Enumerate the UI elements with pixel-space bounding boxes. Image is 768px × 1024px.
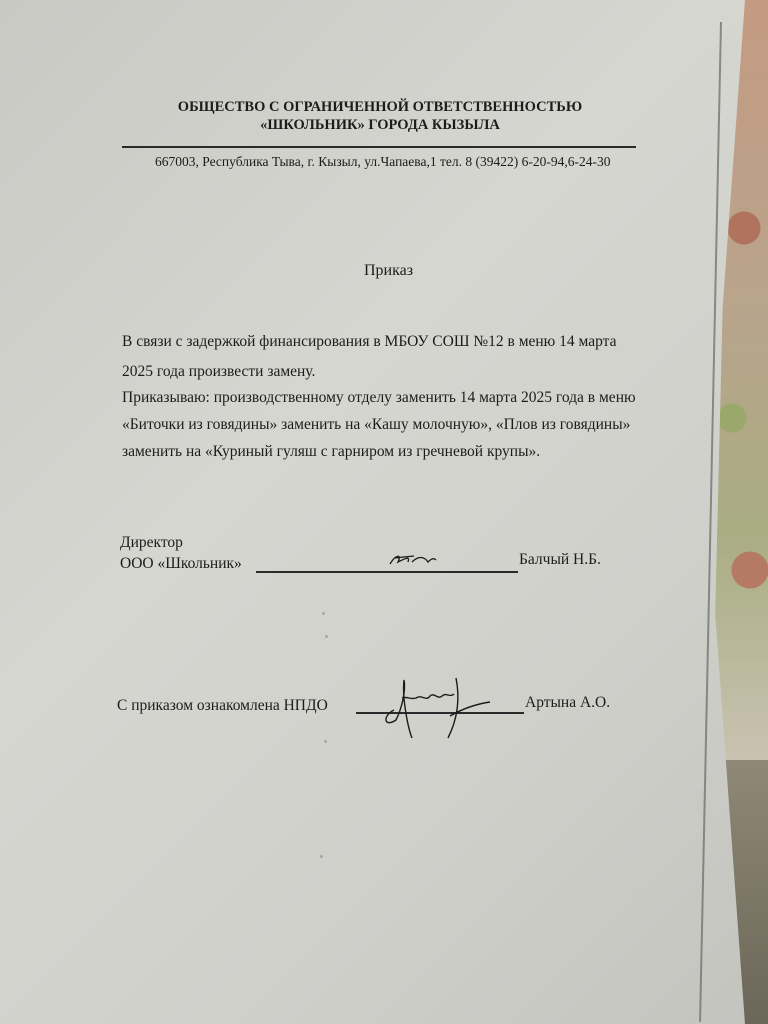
- director-signature-line: [256, 571, 518, 573]
- organization-name-line2: «ШКОЛЬНИК» ГОРОДА КЫЗЫЛА: [122, 116, 638, 134]
- toner-speck: [320, 855, 323, 858]
- body-line: заменить на «Куриный гуляш с гарниром из…: [122, 443, 540, 461]
- toner-speck: [322, 612, 325, 615]
- director-name: Балчый Н.Б.: [519, 551, 601, 569]
- acknowledgement-name: Артына А.О.: [525, 694, 610, 712]
- acknowledgement-label: С приказом ознакомлена НПДО: [117, 697, 328, 715]
- body-line: «Биточки из говядины» заменить на «Кашу …: [122, 416, 630, 434]
- organization-address: 667003, Республика Тыва, г. Кызыл, ул.Ча…: [155, 154, 610, 170]
- body-line: 2025 года произвести замену.: [122, 363, 315, 381]
- acknowledgement-signature: [372, 668, 512, 748]
- body-line: Приказываю: производственному отделу зам…: [122, 389, 636, 407]
- document: ОБЩЕСТВО С ОГРАНИЧЕННОЙ ОТВЕТСТВЕННОСТЬЮ…: [0, 0, 745, 1024]
- organization-name-line1: ОБЩЕСТВО С ОГРАНИЧЕННОЙ ОТВЕТСТВЕННОСТЬЮ: [122, 98, 638, 116]
- header-divider: [122, 146, 636, 148]
- director-organization: ООО «Школьник»: [120, 555, 242, 573]
- director-title: Директор: [120, 534, 183, 552]
- toner-speck: [324, 740, 327, 743]
- body-line: В связи с задержкой финансирования в МБО…: [122, 333, 616, 351]
- director-signature: [388, 550, 438, 570]
- document-title: Приказ: [364, 262, 413, 280]
- toner-speck: [325, 635, 328, 638]
